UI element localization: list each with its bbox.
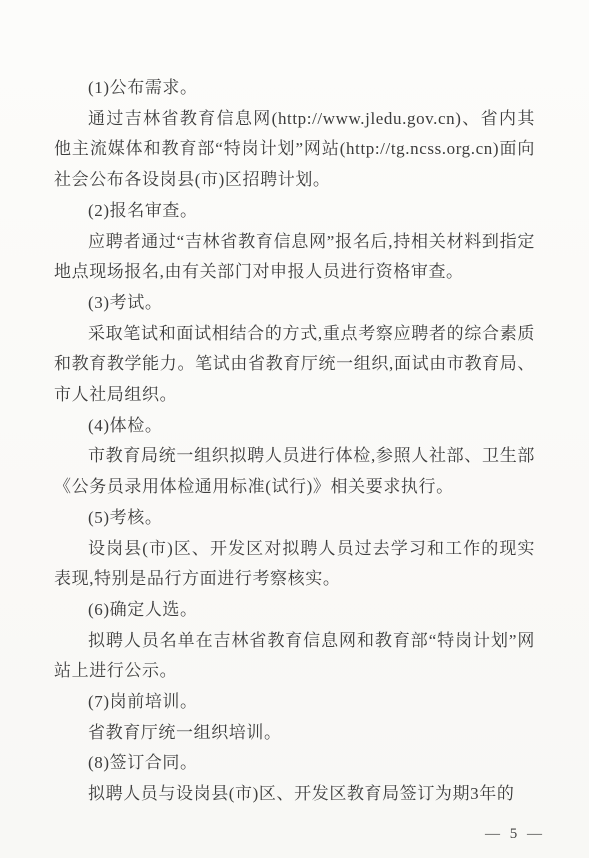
paragraph-publish-demand: 通过吉林省教育信息网(http://www.jledu.gov.cn)、省内其他… xyxy=(54,104,535,196)
section-heading-8: (8)签订合同。 xyxy=(54,748,535,779)
paragraph-sign-contract: 拟聘人员与设岗县(市)区、开发区教育局签订为期3年的 xyxy=(54,779,535,810)
paragraph-examination: 采取笔试和面试相结合的方式,重点考察应聘者的综合素质和教育教学能力。笔试由省教育… xyxy=(54,319,535,411)
section-heading-1: (1)公布需求。 xyxy=(54,73,535,104)
section-heading-5: (5)考核。 xyxy=(54,503,535,534)
paragraph-assessment: 设岗县(市)区、开发区对拟聘人员过去学习和工作的现实表现,特别是品行方面进行考察… xyxy=(54,534,535,595)
document-body: (1)公布需求。 通过吉林省教育信息网(http://www.jledu.gov… xyxy=(54,73,535,810)
paragraph-pre-job-training: 省教育厅统一组织培训。 xyxy=(54,718,535,749)
paragraph-candidate-publicity: 拟聘人员名单在吉林省教育信息网和教育部“特岗计划”网站上进行公示。 xyxy=(54,626,535,687)
paragraph-registration-review: 应聘者通过“吉林省教育信息网”报名后,持相关材料到指定地点现场报名,由有关部门对… xyxy=(54,227,535,288)
section-heading-6: (6)确定人选。 xyxy=(54,595,535,626)
section-heading-3: (3)考试。 xyxy=(54,288,535,319)
paragraph-physical-exam: 市教育局统一组织拟聘人员进行体检,参照人社部、卫生部《公务员录用体检通用标准(试… xyxy=(54,441,535,502)
page-number: — 5 — xyxy=(485,824,545,844)
section-heading-7: (7)岗前培训。 xyxy=(54,687,535,718)
section-heading-2: (2)报名审查。 xyxy=(54,196,535,227)
section-heading-4: (4)体检。 xyxy=(54,411,535,442)
document-page: (1)公布需求。 通过吉林省教育信息网(http://www.jledu.gov… xyxy=(0,0,589,858)
